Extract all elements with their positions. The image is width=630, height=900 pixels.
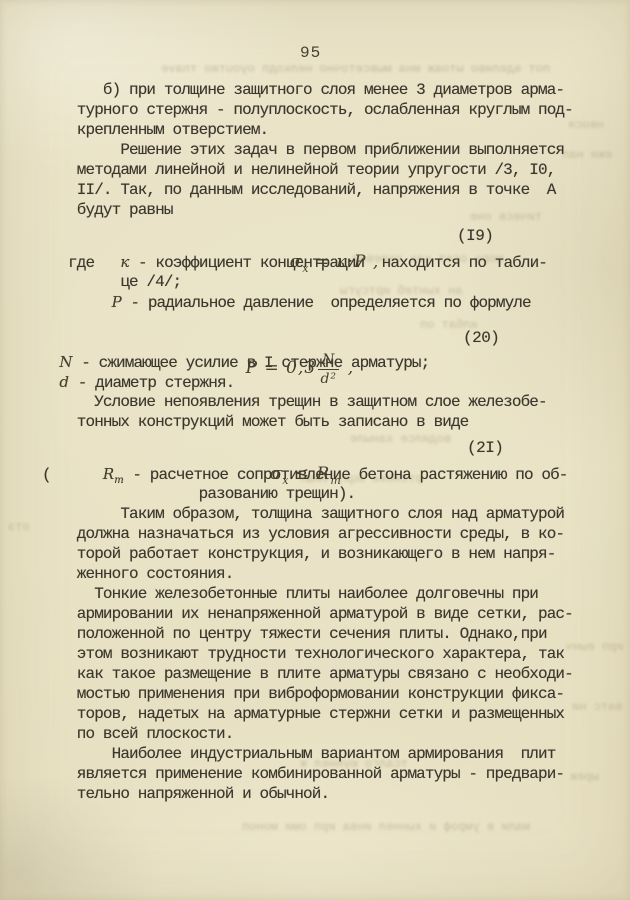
scanned-document-page: пот аделиво ытоаж мна мывсеточно нелкодп… bbox=[0, 0, 630, 900]
text-line: Тонкие железобетонные плиты наиболее дол… bbox=[42, 584, 598, 604]
fraction: Nd² bbox=[318, 353, 339, 386]
page-number: 95 bbox=[300, 44, 321, 62]
text-line: по всей плоскости. bbox=[42, 724, 598, 744]
fraction-numerator: N bbox=[318, 353, 339, 370]
text-line: положенной по центру тяжести сечения пли… bbox=[42, 624, 598, 644]
text-line: Р - радиальное давление определяется по … bbox=[42, 292, 598, 312]
equation-20-lhs: Р = 0,3 bbox=[246, 358, 317, 378]
sigma-symbol: σ bbox=[270, 464, 283, 484]
text-line: крепленным отверстием. bbox=[42, 120, 598, 140]
rho-symbol: Р bbox=[112, 293, 122, 311]
resistance-subscript: т bbox=[330, 474, 340, 487]
equation-20-number: (20) bbox=[463, 320, 499, 356]
text-line: армировании их ненапряженной арматурой в… bbox=[42, 604, 598, 624]
fraction-denominator: d² bbox=[318, 370, 339, 386]
text-line: Таким образом, толщина защитного слоя на… bbox=[42, 504, 598, 524]
text-line: тельно напряженной и обычной. bbox=[42, 784, 598, 804]
sigma-symbol: σ bbox=[290, 252, 303, 272]
equation-19: σх = к·Р , (I9) bbox=[42, 223, 598, 249]
equation-19-number: (I9) bbox=[457, 223, 493, 249]
equation-21: σх ≤ Rт (2I) bbox=[42, 435, 598, 461]
text-line: б) при толщине защитного слоя менее 3 ди… bbox=[42, 80, 598, 100]
definition-text: - радиальное давление определяется по фо… bbox=[122, 294, 531, 312]
text-line: этом возникают трудности технологическог… bbox=[42, 644, 598, 664]
text-line: является применение комбинированной арма… bbox=[42, 764, 598, 784]
text-line: Наиболее индустриальным вариантом армиро… bbox=[42, 744, 598, 764]
resistance-symbol: R bbox=[317, 464, 331, 484]
bleedthrough-fragment: пот аделиво ытоаж мна мывсеточно нелкодп… bbox=[80, 62, 550, 76]
text-line: мостью применения при виброформовании ко… bbox=[42, 684, 598, 704]
equation-19-rhs: = к·Р , bbox=[308, 252, 379, 272]
page-body: б) при толщине защитного слоя менее 3 ди… bbox=[42, 80, 598, 804]
text-line: будут равны bbox=[42, 200, 598, 220]
bleedthrough-fragment: отэ bbox=[8, 520, 30, 534]
text-line: Условие непоявления трещин в защитном сл… bbox=[42, 392, 598, 412]
text-line: Решение этих задач в первом приближении … bbox=[42, 140, 598, 160]
text-line: торой работает конструкция, и возникающе… bbox=[42, 544, 598, 564]
equation-20: Р = 0,3Nd² , (20) bbox=[42, 314, 598, 350]
text-line: турного стержня - полуплоскость, ослабле… bbox=[42, 100, 598, 120]
text-line: должна назначаться из условия агрессивно… bbox=[42, 524, 598, 544]
equation-21-number: (2I) bbox=[467, 435, 503, 461]
equation-20-tail: , bbox=[341, 358, 354, 378]
text-line: II/. Так, по данным исследований, напряж… bbox=[42, 180, 598, 200]
text-line: тонных конструкций может быть записано в… bbox=[42, 412, 598, 432]
bleedthrough-fragment: мали в умроф и хыннел инва ирп оми моноп bbox=[80, 820, 530, 834]
text-line: методами линейной и нелинейной теории уп… bbox=[42, 160, 598, 180]
text-line: как такое размещение в плите арматуры св… bbox=[42, 664, 598, 684]
text-line: женного состояния. bbox=[42, 564, 598, 584]
relation-symbol: ≤ bbox=[288, 464, 316, 484]
text-line: торов, надетых на арматурные стержни сет… bbox=[42, 704, 598, 724]
